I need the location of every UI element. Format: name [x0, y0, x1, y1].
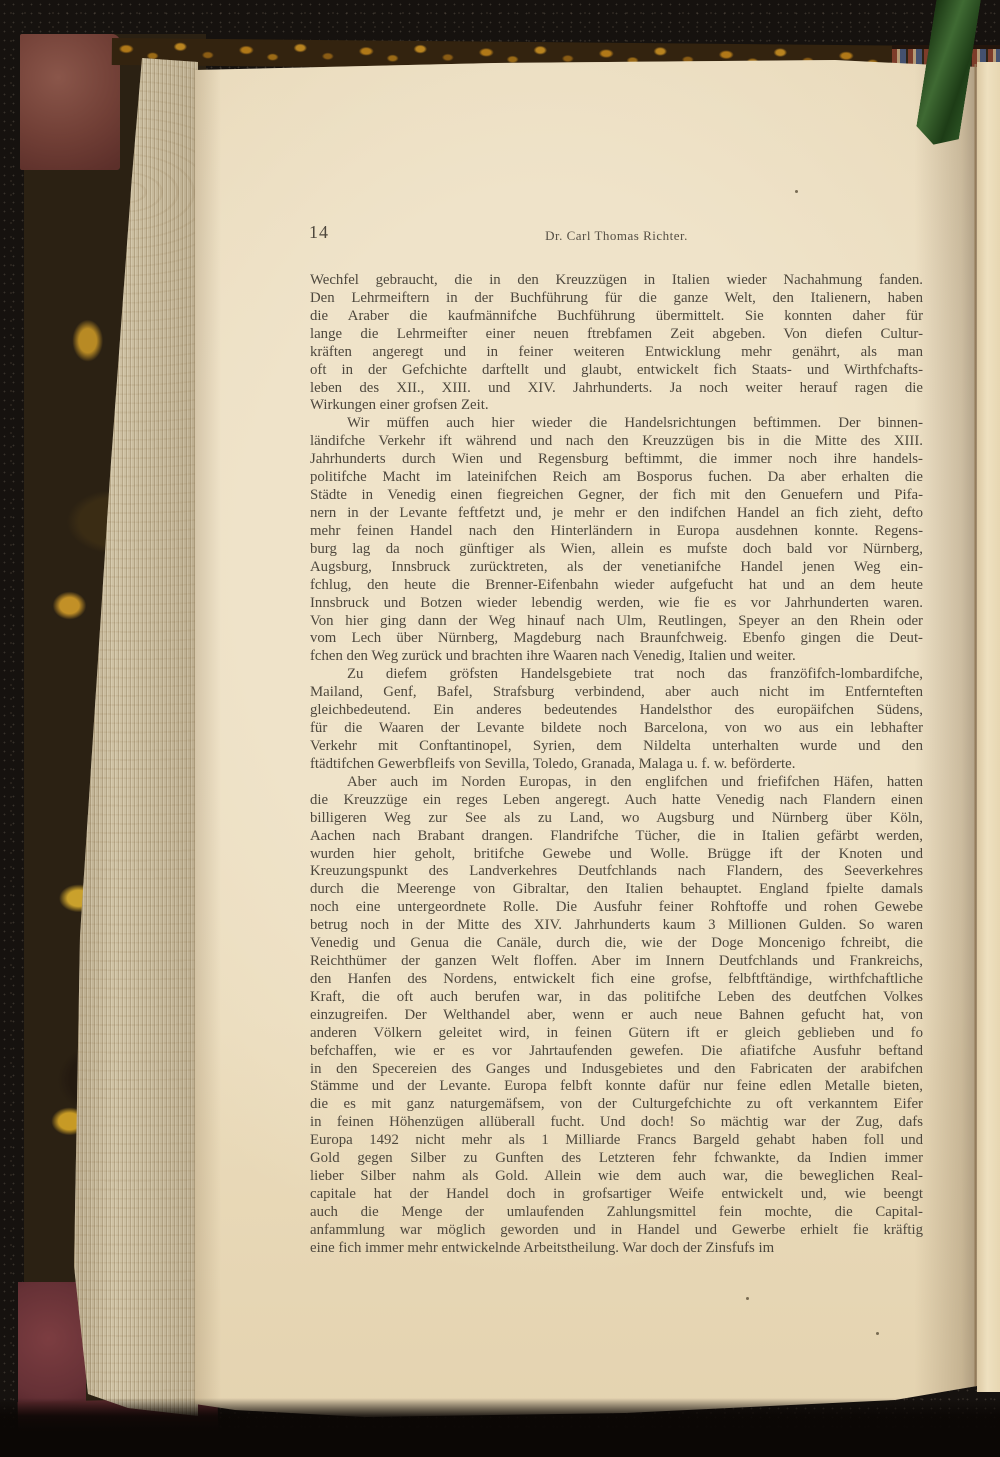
text-line: Aachen nach Brabant drangen. Flandrifche…: [310, 828, 923, 846]
text-line: fchlug, den heute die Brenner-Eifenbahn …: [310, 577, 923, 595]
text-line: in feinen Höhenzügen allüberall fucht. U…: [310, 1114, 923, 1132]
text-line: durch die Meerenge von Gibraltar, den It…: [310, 881, 923, 899]
text-line: Verkehr mit Conftantinopel, Syrien, dem …: [310, 738, 923, 756]
text-line: Aber auch im Norden Europas, in den engl…: [310, 774, 923, 792]
text-line: burg lag da noch günftiger als Wien, all…: [310, 541, 923, 559]
text-line: noch eine untergeordnete Rolle. Die Ausf…: [310, 899, 923, 917]
text-line: auch die Menge der umlaufenden Zahlungsm…: [310, 1204, 923, 1222]
text-line: einzugreifen. Der Welthandel aber, wenn …: [310, 1007, 923, 1025]
text-line: oft in der Gefchichte darftellt und glau…: [310, 362, 923, 380]
text-line: anderen Völkern geleitet wird, in feinen…: [310, 1025, 923, 1043]
text-line: Zu diefem gröfsten Handelsgebiete trat n…: [310, 666, 923, 684]
text-line: Reichthümer der ganzen Welt floffen. Abe…: [310, 953, 923, 971]
paragraph: Wir müffen auch hier wieder die Handelsr…: [310, 415, 923, 666]
text-line: Jahrhunderts durch Wien und Regensburg b…: [310, 451, 923, 469]
text-line: Wir müffen auch hier wieder die Handelsr…: [310, 415, 923, 433]
text-line: Den Lehrmeiftern in der Buchführung für …: [310, 290, 923, 308]
body-text: Wechfel gebraucht, die in den Kreuzzügen…: [310, 272, 923, 1258]
text-line: Kreuzungspunkt des Landverkehres Deutfch…: [310, 863, 923, 881]
text-line: Innsbruck und Botzen wieder lebendig wer…: [310, 595, 923, 613]
text-line: billigeren Weg zur See als zu Land, wo A…: [310, 810, 923, 828]
text-line: befchaffen, wie er es vor Jahrtaufenden …: [310, 1043, 923, 1061]
text-line: Augsburg, Innsbruck zurücktreten, als de…: [310, 559, 923, 577]
text-line: Städte in Venedig einen fiegreichen Gegn…: [310, 487, 923, 505]
text-line: die Araber die kaufmännifche Buchführung…: [310, 308, 923, 326]
page-text-layer: 14 Dr. Carl Thomas Richter. Wechfel gebr…: [0, 0, 1000, 1457]
scanned-book-photo: 14 Dr. Carl Thomas Richter. Wechfel gebr…: [0, 0, 1000, 1457]
dust-speck: [746, 1297, 749, 1300]
text-line: die Kreuzzüge ein reges Leben angeregt. …: [310, 792, 923, 810]
text-line: kräften angeregt und in feiner weiteren …: [310, 344, 923, 362]
text-line: wurden hier geholt, britifche Gewebe und…: [310, 846, 923, 864]
text-line: Mailand, Genf, Bafel, Strafsburg verbind…: [310, 684, 923, 702]
text-line: anfammlung war möglich geworden und in H…: [310, 1222, 923, 1240]
text-line: politifche Macht im lateinifchen Reich a…: [310, 469, 923, 487]
text-line: die es mit ganz naturgemäfsem, von der C…: [310, 1096, 923, 1114]
text-line: mehr feinen Handel nach den Hinterländer…: [310, 523, 923, 541]
book-bottom-shadow: [0, 1398, 1000, 1457]
text-line: Von hier ging dann der Weg hinauf nach U…: [310, 613, 923, 631]
text-line: nern in der Levante feftfetzt und, je me…: [310, 505, 923, 523]
text-line: Gold gegen Silber zu Gunften des Letzter…: [310, 1150, 923, 1168]
text-line: ländifche Verkehr ift während und nach d…: [310, 433, 923, 451]
text-line: lieber Silber nahm als Gold. Allein wie …: [310, 1168, 923, 1186]
dust-speck: [795, 190, 798, 193]
text-line: capitale hat der Handel doch in grofsart…: [310, 1186, 923, 1204]
paragraph: Aber auch im Norden Europas, in den engl…: [310, 774, 923, 1258]
paragraph: Wechfel gebraucht, die in den Kreuzzügen…: [310, 272, 923, 415]
text-line: leben des XII., XIII. und XIV. Jahrhunde…: [310, 380, 923, 398]
text-line: eine fich immer mehr entwickelnde Arbeit…: [310, 1240, 923, 1258]
running-header: Dr. Carl Thomas Richter.: [310, 228, 923, 244]
paragraph: Zu diefem gröfsten Handelsgebiete trat n…: [310, 666, 923, 774]
text-line: Stämme und der Levante. Europa felbft ko…: [310, 1078, 923, 1096]
text-line: Wirkungen einer grofsen Zeit.: [310, 397, 923, 415]
text-line: fchen den Weg zurück und brachten ihre W…: [310, 648, 923, 666]
text-line: ftädtifchen Gewerbfleifs von Sevilla, To…: [310, 756, 923, 774]
text-line: Kraft, die oft auch berufen war, in das …: [310, 989, 923, 1007]
text-line: gleichbedeutend. Ein anderes bedeutendes…: [310, 702, 923, 720]
text-line: Europa 1492 nicht mehr als 1 Milliarde F…: [310, 1132, 923, 1150]
dust-speck: [876, 1332, 879, 1335]
text-line: in den Specereien des Ganges und Indusge…: [310, 1061, 923, 1079]
text-line: vom Lech über Nürnberg, Magdeburg nach B…: [310, 630, 923, 648]
text-line: den Hanfen des Nordens, entwickelt fich …: [310, 971, 923, 989]
text-line: für die Waaren der Levante bildete noch …: [310, 720, 923, 738]
text-line: betrug noch in der Mitte des XIV. Jahrhu…: [310, 917, 923, 935]
text-line: Venedig und Genua die Canäle, durch die,…: [310, 935, 923, 953]
text-line: lange die Lehrmeifter einer neuen ftrebf…: [310, 326, 923, 344]
text-line: Wechfel gebraucht, die in den Kreuzzügen…: [310, 272, 923, 290]
